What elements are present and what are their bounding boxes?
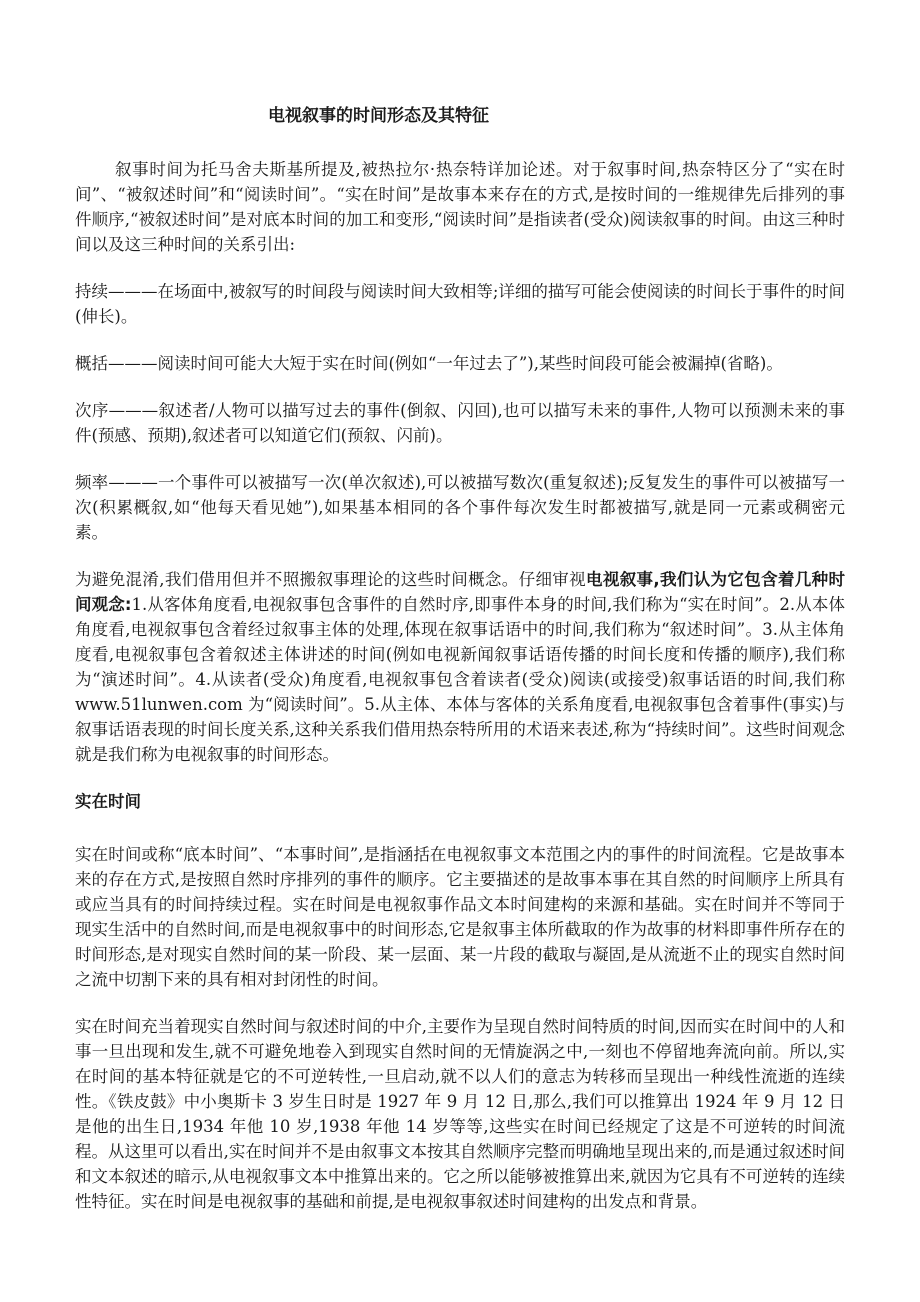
paragraph-term-summary: 概括———阅读时间可能大大短于实在时间(例如“一年过去了”),某些时间段可能会被… (75, 351, 845, 376)
page-title: 电视叙事的时间形态及其特征 (268, 104, 845, 129)
paragraph-overview: 为避免混淆,我们借用但并不照搬叙事理论的这些时间概念。仔细审视电视叙事,我们认为… (75, 567, 845, 767)
paragraph-term-order: 次序———叙述者/人物可以描写过去的事件(倒叙、闪回),也可以描写未来的事件,人… (75, 398, 845, 448)
paragraph-intro: 叙事时间为托马舍夫斯基所提及,被热拉尔·热奈特详加论述。对于叙事时间,热奈特区分… (75, 157, 845, 257)
paragraph-real-time-features: 实在时间充当着现实自然时间与叙述时间的中介,主要作为呈现自然时间特质的时间,因而… (75, 1014, 845, 1214)
overview-rest-text: 1.从客体角度看,电视叙事包含事件的自然时序,即事件本身的时间,我们称为“实在时… (75, 595, 845, 764)
paragraph-real-time-definition: 实在时间或称“底本时间”、“本事时间”,是指涵括在电视叙事文本范围之内的事件的时… (75, 842, 845, 992)
section-heading-real-time: 实在时间 (75, 789, 845, 814)
overview-lead-text: 为避免混淆,我们借用但并不照搬叙事理论的这些时间概念。仔细审视 (75, 570, 586, 589)
document-page: 电视叙事的时间形态及其特征 叙事时间为托马舍夫斯基所提及,被热拉尔·热奈特详加论… (0, 0, 920, 1302)
paragraph-term-frequency: 频率———一个事件可以被描写一次(单次叙述),可以被描写数次(重复叙述);反复发… (75, 470, 845, 545)
paragraph-term-duration: 持续———在场面中,被叙写的时间段与阅读时间大致相等;详细的描写可能会使阅读的时… (75, 279, 845, 329)
